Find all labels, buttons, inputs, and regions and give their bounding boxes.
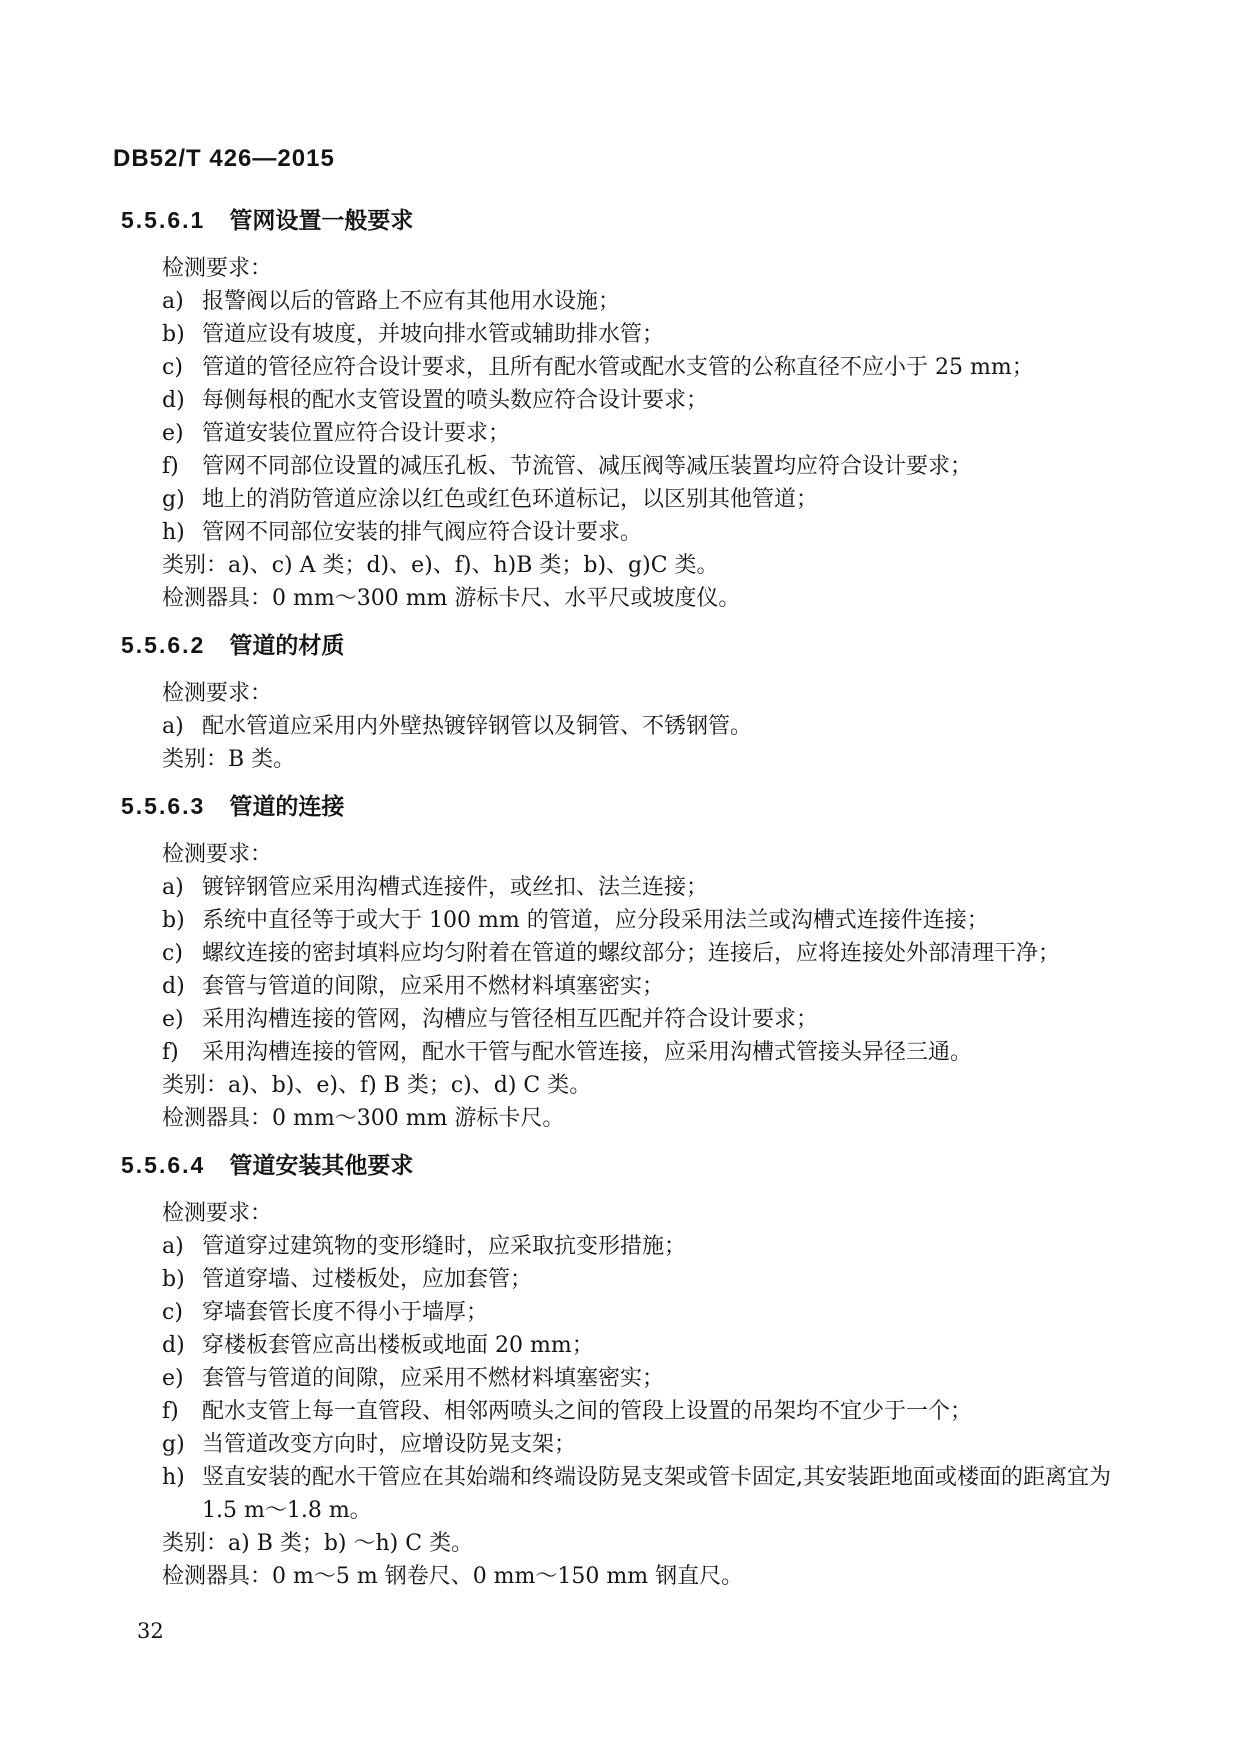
item-label: g): [162, 483, 202, 516]
item-text: 配水支管上每一直管段、相邻两喷头之间的管段上设置的吊架均不宜少于一个；: [202, 1395, 1112, 1428]
section-title: 管道的材质: [229, 629, 344, 661]
list-item: e) 套管与管道的间隙，应采用不燃材料填塞密实；: [162, 1362, 1141, 1395]
item-label: a): [162, 1230, 202, 1263]
section-number: 5.5.6.2: [121, 629, 205, 661]
section-body: 检测要求： a) 配水管道应采用内外壁热镀锌钢管以及铜管、不锈钢管。 类别：B …: [162, 677, 1141, 776]
list-item: g) 当管道改变方向时，应增设防晃支架；: [162, 1428, 1141, 1461]
item-text: 螺纹连接的密封填料应均匀附着在管道的螺纹部分；连接后，应将连接处外部清理干净；: [202, 937, 1112, 970]
item-label: b): [162, 904, 202, 937]
list-item: f) 配水支管上每一直管段、相邻两喷头之间的管段上设置的吊架均不宜少于一个；: [162, 1395, 1141, 1428]
item-label: c): [162, 937, 202, 970]
item-text: 当管道改变方向时，应增设防晃支架；: [202, 1428, 1112, 1461]
section-heading: 5.5.6.3 管道的连接: [121, 790, 1141, 822]
section-title: 管道的连接: [229, 790, 344, 822]
section-number: 5.5.6.3: [121, 790, 205, 822]
instruments-line: 检测器具：0 mm～300 mm 游标卡尺。: [162, 1102, 1141, 1135]
requirements-label: 检测要求：: [162, 1197, 1141, 1230]
requirements-label: 检测要求：: [162, 252, 1141, 285]
item-text: 管道应设有坡度，并坡向排水管或辅助排水管；: [202, 318, 1112, 351]
list-item: f) 采用沟槽连接的管网，配水干管与配水管连接，应采用沟槽式管接头异径三通。: [162, 1036, 1141, 1069]
item-text: 系统中直径等于或大于 100 mm 的管道，应分段采用法兰或沟槽式连接件连接；: [202, 904, 1112, 937]
section-5-5-6-1: 5.5.6.1 管网设置一般要求 检测要求： a) 报警阀以后的管路上不应有其他…: [121, 204, 1141, 615]
section-heading: 5.5.6.4 管道安装其他要求: [121, 1149, 1141, 1181]
item-text: 穿楼板套管应高出楼板或地面 20 mm；: [202, 1329, 1112, 1362]
item-label: e): [162, 1362, 202, 1395]
standard-number-header: DB52/T 426—2015: [113, 144, 1141, 174]
list-item: c) 管道的管径应符合设计要求，且所有配水管或配水支管的公称直径不应小于 25 …: [162, 351, 1141, 384]
list-item: d) 穿楼板套管应高出楼板或地面 20 mm；: [162, 1329, 1141, 1362]
section-body: 检测要求： a) 镀锌钢管应采用沟槽式连接件，或丝扣、法兰连接； b) 系统中直…: [162, 838, 1141, 1135]
list-item: b) 系统中直径等于或大于 100 mm 的管道，应分段采用法兰或沟槽式连接件连…: [162, 904, 1141, 937]
list-item: b) 管道应设有坡度，并坡向排水管或辅助排水管；: [162, 318, 1141, 351]
item-text: 配水管道应采用内外壁热镀锌钢管以及铜管、不锈钢管。: [202, 710, 1112, 743]
item-text: 地上的消防管道应涂以红色或红色环道标记，以区别其他管道；: [202, 483, 1112, 516]
category-line: 类别：a)、c) A 类；d)、e)、f)、h)B 类；b)、g)C 类。: [162, 549, 1141, 582]
item-label: c): [162, 1296, 202, 1329]
list-item: d) 套管与管道的间隙，应采用不燃材料填塞密实；: [162, 970, 1141, 1003]
item-text: 管网不同部位设置的减压孔板、节流管、减压阀等减压装置均应符合设计要求；: [202, 450, 1112, 483]
item-label: f): [162, 1395, 202, 1428]
item-text: 管道穿过建筑物的变形缝时，应采取抗变形措施；: [202, 1230, 1112, 1263]
category-line: 类别：B 类。: [162, 743, 1141, 776]
item-label: a): [162, 871, 202, 904]
item-label: c): [162, 351, 202, 384]
item-text: 竖直安装的配水干管应在其始端和终端设防晃支架或管卡固定,其安装距地面或楼面的距离…: [202, 1461, 1112, 1527]
item-text: 管网不同部位安装的排气阀应符合设计要求。: [202, 516, 1112, 549]
instruments-line: 检测器具：0 m～5 m 钢卷尺、0 mm～150 mm 钢直尺。: [162, 1560, 1141, 1593]
section-title: 管道安装其他要求: [229, 1149, 413, 1181]
section-heading: 5.5.6.2 管道的材质: [121, 629, 1141, 661]
instruments-line: 检测器具：0 mm～300 mm 游标卡尺、水平尺或坡度仪。: [162, 582, 1141, 615]
item-label: a): [162, 285, 202, 318]
item-text: 镀锌钢管应采用沟槽式连接件，或丝扣、法兰连接；: [202, 871, 1112, 904]
item-label: e): [162, 1003, 202, 1036]
item-label: a): [162, 710, 202, 743]
item-text: 管道穿墙、过楼板处，应加套管；: [202, 1263, 1112, 1296]
section-title: 管网设置一般要求: [229, 204, 413, 236]
item-label: h): [162, 1461, 202, 1494]
list-item: a) 镀锌钢管应采用沟槽式连接件，或丝扣、法兰连接；: [162, 871, 1141, 904]
list-item: c) 穿墙套管长度不得小于墙厚；: [162, 1296, 1141, 1329]
item-label: b): [162, 318, 202, 351]
item-label: b): [162, 1263, 202, 1296]
item-text: 套管与管道的间隙，应采用不燃材料填塞密实；: [202, 970, 1112, 1003]
requirements-label: 检测要求：: [162, 838, 1141, 871]
item-text: 采用沟槽连接的管网，配水干管与配水管连接，应采用沟槽式管接头异径三通。: [202, 1036, 1112, 1069]
item-text: 报警阀以后的管路上不应有其他用水设施；: [202, 285, 1112, 318]
item-text: 管道安装位置应符合设计要求；: [202, 417, 1112, 450]
item-text: 套管与管道的间隙，应采用不燃材料填塞密实；: [202, 1362, 1112, 1395]
document-page: DB52/T 426—2015 5.5.6.1 管网设置一般要求 检测要求： a…: [0, 0, 1241, 1755]
list-item: c) 螺纹连接的密封填料应均匀附着在管道的螺纹部分；连接后，应将连接处外部清理干…: [162, 937, 1141, 970]
list-item: a) 管道穿过建筑物的变形缝时，应采取抗变形措施；: [162, 1230, 1141, 1263]
page-number: 32: [137, 1619, 1141, 1643]
item-label: d): [162, 1329, 202, 1362]
list-item: f) 管网不同部位设置的减压孔板、节流管、减压阀等减压装置均应符合设计要求；: [162, 450, 1141, 483]
item-label: f): [162, 1036, 202, 1069]
item-text: 管道的管径应符合设计要求，且所有配水管或配水支管的公称直径不应小于 25 mm；: [202, 351, 1112, 384]
list-item: e) 采用沟槽连接的管网，沟槽应与管径相互匹配并符合设计要求；: [162, 1003, 1141, 1036]
item-label: h): [162, 516, 202, 549]
requirements-label: 检测要求：: [162, 677, 1141, 710]
section-body: 检测要求： a) 报警阀以后的管路上不应有其他用水设施； b) 管道应设有坡度，…: [162, 252, 1141, 615]
section-heading: 5.5.6.1 管网设置一般要求: [121, 204, 1141, 236]
item-text: 每侧每根的配水支管设置的喷头数应符合设计要求；: [202, 384, 1112, 417]
category-line: 类别：a)、b)、e)、f) B 类；c)、d) C 类。: [162, 1069, 1141, 1102]
list-item: b) 管道穿墙、过楼板处，应加套管；: [162, 1263, 1141, 1296]
item-label: f): [162, 450, 202, 483]
item-label: e): [162, 417, 202, 450]
item-text: 穿墙套管长度不得小于墙厚；: [202, 1296, 1112, 1329]
section-number: 5.5.6.4: [121, 1149, 205, 1181]
list-item: e) 管道安装位置应符合设计要求；: [162, 417, 1141, 450]
item-label: g): [162, 1428, 202, 1461]
list-item: h) 管网不同部位安装的排气阀应符合设计要求。: [162, 516, 1141, 549]
category-line: 类别：a) B 类；b) ～h) C 类。: [162, 1527, 1141, 1560]
section-body: 检测要求： a) 管道穿过建筑物的变形缝时，应采取抗变形措施； b) 管道穿墙、…: [162, 1197, 1141, 1593]
item-label: d): [162, 384, 202, 417]
list-item: a) 报警阀以后的管路上不应有其他用水设施；: [162, 285, 1141, 318]
section-number: 5.5.6.1: [121, 204, 205, 236]
list-item: a) 配水管道应采用内外壁热镀锌钢管以及铜管、不锈钢管。: [162, 710, 1141, 743]
item-label: d): [162, 970, 202, 1003]
section-5-5-6-4: 5.5.6.4 管道安装其他要求 检测要求： a) 管道穿过建筑物的变形缝时，应…: [121, 1149, 1141, 1593]
item-text: 采用沟槽连接的管网，沟槽应与管径相互匹配并符合设计要求；: [202, 1003, 1112, 1036]
list-item: g) 地上的消防管道应涂以红色或红色环道标记，以区别其他管道；: [162, 483, 1141, 516]
section-5-5-6-2: 5.5.6.2 管道的材质 检测要求： a) 配水管道应采用内外壁热镀锌钢管以及…: [121, 629, 1141, 776]
list-item: h) 竖直安装的配水干管应在其始端和终端设防晃支架或管卡固定,其安装距地面或楼面…: [162, 1461, 1141, 1527]
section-5-5-6-3: 5.5.6.3 管道的连接 检测要求： a) 镀锌钢管应采用沟槽式连接件，或丝扣…: [121, 790, 1141, 1135]
list-item: d) 每侧每根的配水支管设置的喷头数应符合设计要求；: [162, 384, 1141, 417]
